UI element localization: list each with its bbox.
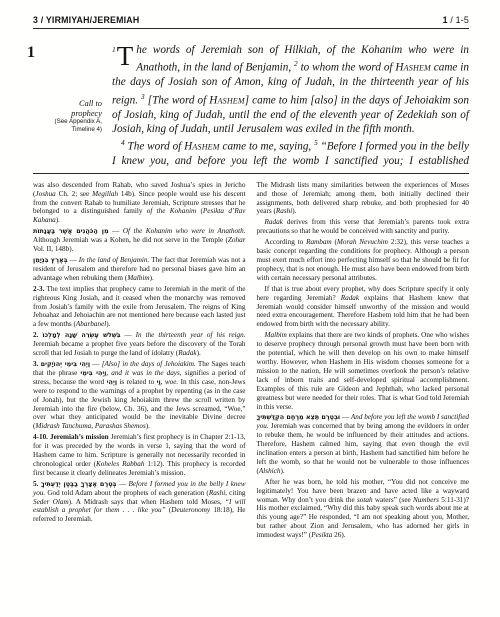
commentary-paragraph: According to Rambam (Morah Nevuchim 2:32…: [257, 238, 470, 283]
commentary-left-column: was also descended from Rahab, who saved…: [33, 181, 246, 542]
margin-note: Call to prophecy (See Appendix A, Timeli…: [33, 99, 102, 133]
margin-note-line: Call to: [33, 99, 102, 109]
translation-paragraph: 4 The word of Hashem came to me, saying,…: [112, 136, 469, 168]
hebrew-phrase: וַיְהִי בִּימֵי יְהוֹיָקִים: [41, 360, 90, 368]
commentary-paragraph: Malbim explains that there are two kinds…: [257, 331, 470, 411]
commentary-paragraph: was also descended from Rahab, who saved…: [33, 181, 246, 226]
commentary-right-column: The Midrash lists many similarities betw…: [257, 181, 470, 542]
hebrew-phrase: וּבְטֶרֶם תֵּצֵא מֵרֶחֶם הִקְדַּשְׁתִּיך…: [257, 413, 341, 421]
drop-cap: 1T: [112, 43, 133, 69]
commentary-paragraph: The Midrash lists many similarities betw…: [257, 181, 470, 217]
header-chapter-verse-ref: 1 / 1-5: [443, 15, 469, 25]
hebrew-phrase: מִן הַכֹּהֲנִים אֲשֶׁר בַּעֲנָתוֹת: [33, 227, 109, 235]
hebrew-phrase: בְּטֶרֶם אֶצָּרְךָ בַבֶּטֶן יְדַעְתִּיךָ: [41, 480, 117, 488]
header-book-title: 3 / YIRMIYAH/JEREMIAH: [33, 15, 139, 25]
hebrew-phrase: וַיְהִי: [107, 378, 117, 386]
commentary-paragraph: If that is true about every prophet, why…: [257, 285, 470, 330]
commentary-paragraph: וּבְטֶרֶם תֵּצֵא מֵרֶחֶם הִקְדַּשְׁתִּיך…: [257, 413, 470, 475]
page-header: 3 / YIRMIYAH/JEREMIAH 1 / 1-5: [33, 15, 469, 29]
commentary-paragraph: 2. בִּשְׁלֹשׁ עֶשְׂרֵה שָׁנָה לְמָלְכוֹ …: [33, 331, 246, 358]
commentary-paragraph: מִן הַכֹּהֲנִים אֲשֶׁר בַּעֲנָתוֹת — Of …: [33, 227, 246, 254]
translation-paragraph: 1The words of Jeremiah son of Hilkiah, o…: [112, 43, 469, 136]
chapter-number: 1: [27, 44, 35, 62]
commentary-paragraph: בְּאֶרֶץ בִּנְיָמִן — In the land of Ben…: [33, 256, 246, 283]
commentary-paragraph: Radak derives from this verse that Jerem…: [257, 218, 470, 236]
margin-note-line: prophecy: [33, 109, 102, 119]
hebrew-phrase: וַיְהִי בִּימֵי: [80, 369, 106, 377]
section-divider-rule: [33, 173, 469, 174]
header-verse-range: / 1-5: [448, 15, 469, 25]
commentary-paragraph: 4-10. Jeremiah’s mission Jeremiah’s firs…: [33, 433, 246, 478]
margin-note-reference: (See Appendix A,: [33, 118, 102, 125]
hebrew-phrase: בִּשְׁלֹשׁ עֶשְׂרֵה שָׁנָה לְמָלְכוֹ: [42, 331, 120, 339]
translation-section: 1 Call to prophecy (See Appendix A, Time…: [33, 43, 469, 169]
hebrew-phrase: בְּאֶרֶץ בִּנְיָמִן: [33, 256, 68, 264]
commentary-paragraph: 2-3. The text implies that prophecy came…: [33, 285, 246, 330]
verse-number: 1: [112, 45, 116, 54]
translation-text: 1The words of Jeremiah son of Hilkiah, o…: [112, 43, 469, 169]
commentary-section: was also descended from Rahab, who saved…: [33, 181, 469, 542]
commentary-paragraph: 3. וַיְהִי בִּימֵי יְהוֹיָקִים — [Also] …: [33, 360, 246, 431]
book-page: 3 / YIRMIYAH/JEREMIAH 1 / 1-5 1 Call to …: [0, 0, 500, 617]
margin-note-reference: Timeline 4): [33, 126, 102, 133]
commentary-paragraph: After he was born, he told his mother, “…: [257, 478, 470, 540]
commentary-paragraph: 5. בְּטֶרֶם אֶצָּרְךָ בַבֶּטֶן יְדַעְתִּ…: [33, 480, 246, 525]
drop-cap-letter: T: [117, 41, 134, 71]
